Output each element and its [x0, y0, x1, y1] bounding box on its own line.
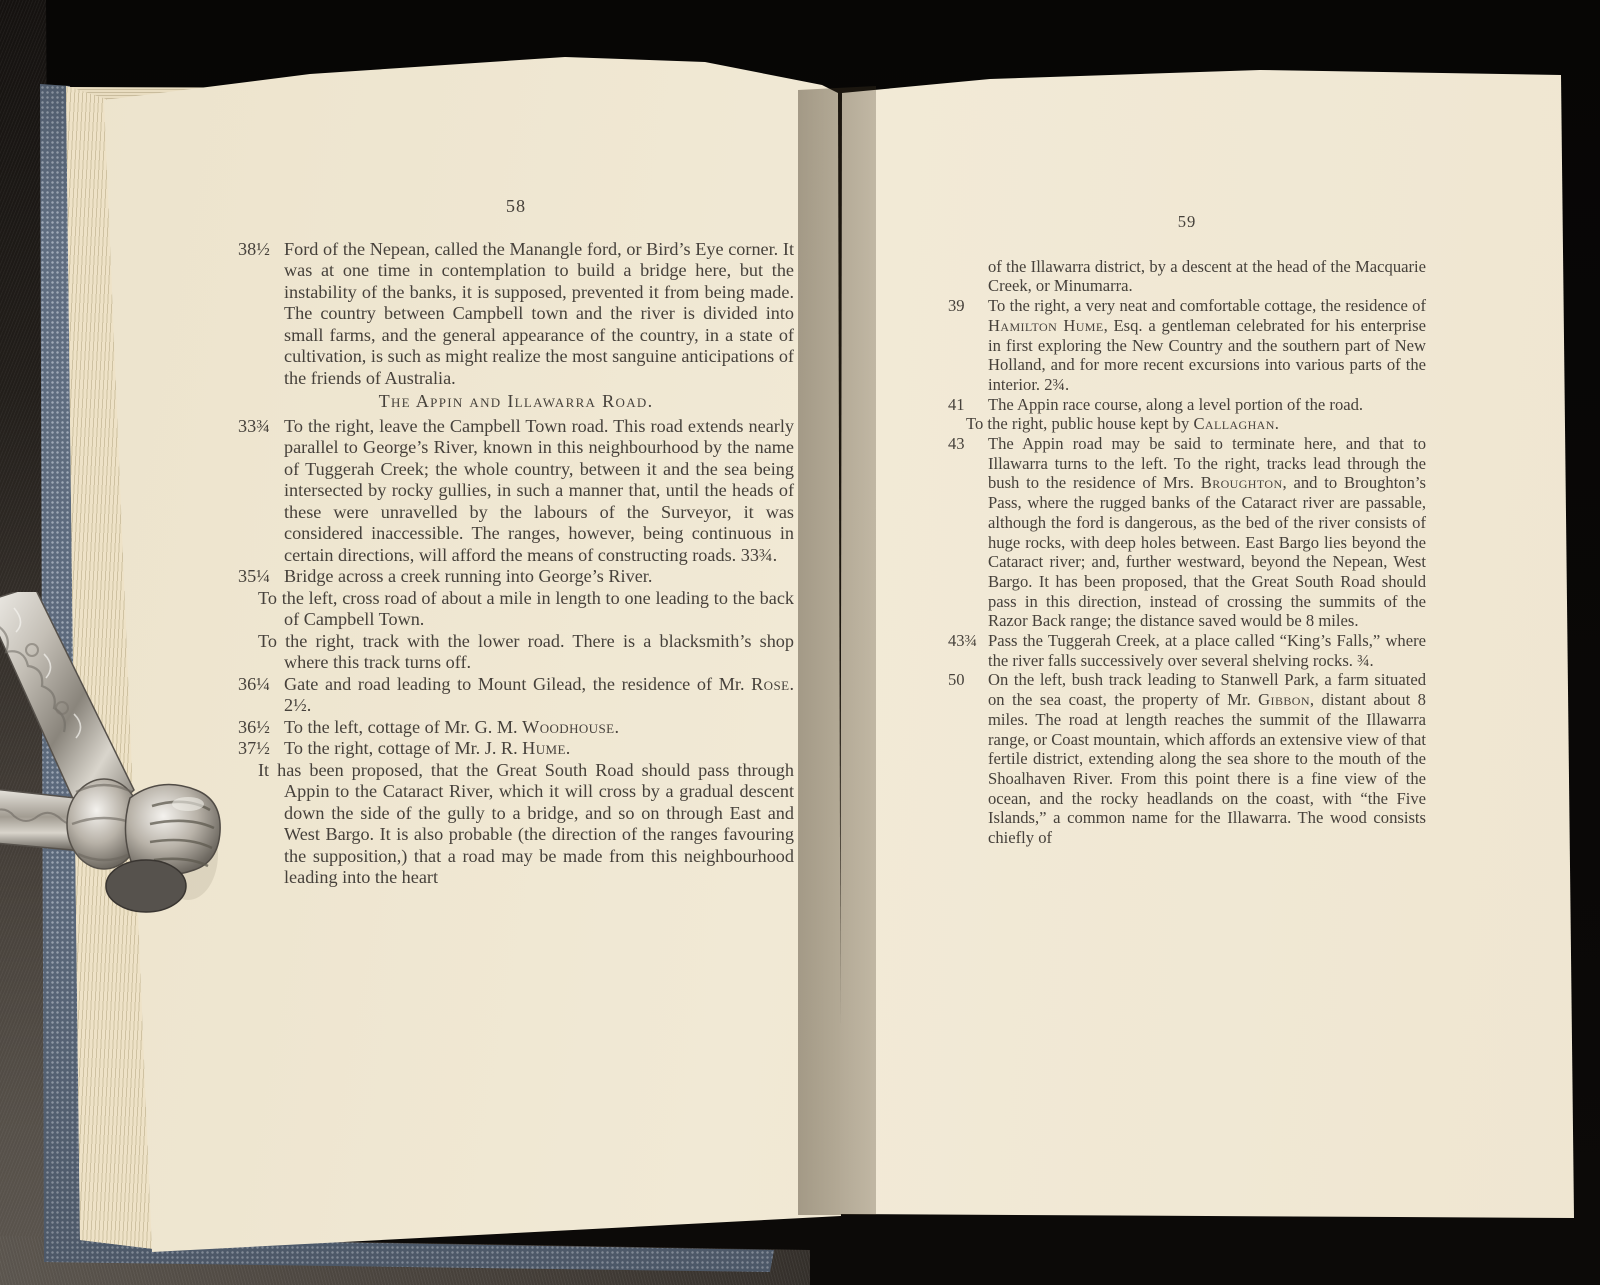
mile-marker: 43: [948, 434, 988, 454]
route-entry: 43¾Pass the Tuggerah Creek, at a place c…: [948, 631, 1426, 670]
route-entry: 36½To the left, cottage of Mr. G. M. Woo…: [238, 717, 794, 739]
route-entry: 35¼Bridge across a creek running into Ge…: [238, 566, 794, 588]
route-entry: of the Illawarra district, by a descent …: [948, 257, 1426, 296]
mile-marker: 38½: [238, 239, 284, 261]
mile-marker: 41: [948, 395, 988, 415]
page-number: 59: [948, 212, 1426, 232]
mile-marker: 36¼: [238, 674, 284, 696]
small-caps-name: Rose: [751, 674, 789, 694]
route-entry: 39To the right, a very neat and comforta…: [948, 296, 1426, 395]
small-caps-name: Woodhouse: [522, 717, 614, 737]
clasp-knuckle-highlight: [172, 797, 204, 811]
route-entry: 33¾To the right, leave the Campbell Town…: [238, 416, 794, 567]
page-59-text-block: 59 of the Illawarra district, by a desce…: [948, 212, 1426, 848]
mile-marker: 33¾: [238, 416, 284, 438]
antique-book-photo: 58 38½Ford of the Nepean, called the Man…: [0, 0, 1600, 1285]
section-heading: The Appin and Illawarra Road.: [238, 391, 794, 413]
mile-marker: 35¼: [238, 566, 284, 588]
route-entry: 50On the left, bush track leading to Sta…: [948, 670, 1426, 847]
route-entry: To the right, track with the lower road.…: [238, 631, 794, 674]
page-number: 58: [238, 196, 794, 218]
route-entry: 37½To the right, cottage of Mr. J. R. Hu…: [238, 738, 794, 760]
mile-marker: 36½: [238, 717, 284, 739]
clasp-base-disc: [106, 860, 186, 912]
route-entry: To the right, public house kept by Calla…: [948, 414, 1426, 434]
mile-marker: 50: [948, 670, 988, 690]
page-58-text-block: 58 38½Ford of the Nepean, called the Man…: [238, 196, 794, 889]
route-entry: 43The Appin road may be said to terminat…: [948, 434, 1426, 631]
page-58-entries: 38½Ford of the Nepean, called the Manang…: [238, 239, 794, 889]
small-caps-name: Gibbon: [1258, 690, 1310, 709]
small-caps-name: Callaghan: [1193, 414, 1274, 433]
mile-marker: 39: [948, 296, 988, 316]
small-caps-name: Hume: [522, 738, 566, 758]
page-59-entries: of the Illawarra district, by a descent …: [948, 257, 1426, 848]
route-entry: To the left, cross road of about a mile …: [238, 588, 794, 631]
route-entry: 41The Appin race course, along a level p…: [948, 395, 1426, 415]
mile-marker: 43¾: [948, 631, 988, 651]
hand-clasp-bookmark: [0, 592, 224, 924]
route-entry: 38½Ford of the Nepean, called the Manang…: [238, 239, 794, 390]
route-entry: 36¼Gate and road leading to Mount Gilead…: [238, 674, 794, 717]
mile-marker: 37½: [238, 738, 284, 760]
small-caps-name: Hamilton Hume: [988, 316, 1104, 335]
small-caps-name: Broughton: [1201, 473, 1283, 492]
route-entry: It has been proposed, that the Great Sou…: [238, 760, 794, 889]
